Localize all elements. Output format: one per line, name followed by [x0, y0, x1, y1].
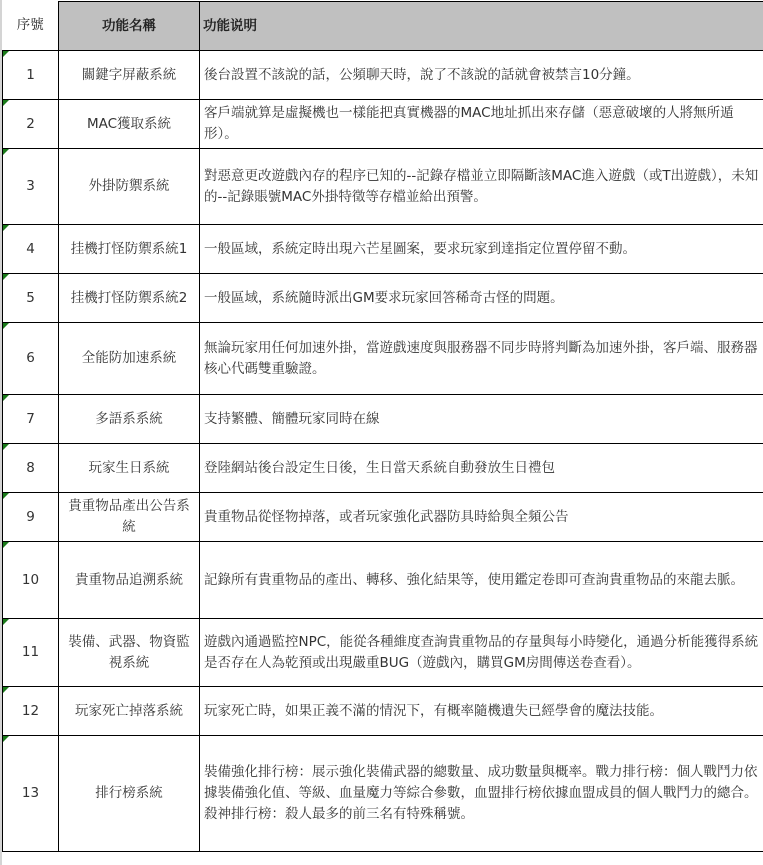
- index-value: 1: [26, 67, 35, 83]
- index-value: 12: [22, 703, 39, 719]
- table-row: 5挂機打怪防禦系統2一般區域，系統隨時派出GM要求玩家回答稀奇古怪的問題。: [3, 274, 763, 323]
- table-row: 7多語系系統支持繁體、簡體玩家同時在線: [3, 395, 763, 444]
- index-value: 9: [26, 509, 35, 525]
- cell-feature-description[interactable]: 遊戲內通過監控NPC，能從各種維度查詢貴重物品的存量與每小時變化，通過分析能獲得…: [200, 619, 763, 687]
- cell-feature-name[interactable]: 貴重物品產出公告系統: [59, 493, 200, 542]
- index-value: 7: [26, 411, 35, 427]
- index-value: 4: [26, 241, 35, 257]
- index-value: 5: [26, 290, 35, 306]
- cell-feature-name[interactable]: 裝備、武器、物資監視系統: [59, 619, 200, 687]
- header-description[interactable]: 功能说明: [200, 2, 763, 51]
- table-row: 2MAC獲取系統客戶端就算是虛擬機也一樣能把真實機器的MAC地址抓出來存儲（惡意…: [3, 100, 763, 149]
- cell-index[interactable]: 8: [3, 444, 59, 493]
- cell-index[interactable]: 4: [3, 225, 59, 274]
- table-row: 6全能防加速系統無論玩家用任何加速外掛，當遊戲速度與服務器不同步時將判斷為加速外…: [3, 323, 763, 395]
- comment-marker-icon: [3, 687, 9, 693]
- comment-marker-icon: [3, 493, 9, 499]
- table-row: 1關鍵字屏蔽系統後台設置不該說的話，公頻聊天時，說了不該說的話就會被禁言10分鐘…: [3, 51, 763, 100]
- index-value: 10: [22, 572, 39, 588]
- cell-index[interactable]: 2: [3, 100, 59, 149]
- cell-feature-description[interactable]: 無論玩家用任何加速外掛，當遊戲速度與服務器不同步時將判斷為加速外掛，客戶端、服務…: [200, 323, 763, 395]
- table-row: 10貴重物品追溯系統記錄所有貴重物品的產出、轉移、強化結果等，使用鑑定卷即可查詢…: [3, 542, 763, 619]
- cell-index[interactable]: 6: [3, 323, 59, 395]
- cell-feature-name[interactable]: 挂機打怪防禦系統1: [59, 225, 200, 274]
- index-value: 8: [26, 460, 35, 476]
- cell-feature-name[interactable]: 全能防加速系統: [59, 323, 200, 395]
- index-value: 3: [26, 178, 35, 194]
- comment-marker-icon: [3, 444, 9, 450]
- table-row: 13排行榜系統裝備強化排行榜：展示強化裝備武器的總數量、成功數量與概率。戰力排行…: [3, 736, 763, 852]
- index-value: 6: [26, 350, 35, 366]
- cell-feature-name[interactable]: 關鍵字屏蔽系統: [59, 51, 200, 100]
- cell-feature-name[interactable]: 外掛防禦系統: [59, 149, 200, 225]
- cell-index[interactable]: 13: [3, 736, 59, 852]
- comment-marker-icon: [3, 323, 9, 329]
- comment-marker-icon: [3, 395, 9, 401]
- index-value: 2: [26, 116, 35, 132]
- cell-feature-name[interactable]: 多語系系統: [59, 395, 200, 444]
- cell-feature-description[interactable]: 裝備強化排行榜：展示強化裝備武器的總數量、成功數量與概率。戰力排行榜：個人戰鬥力…: [200, 736, 763, 852]
- cell-index[interactable]: 12: [3, 687, 59, 736]
- cell-feature-description[interactable]: 一般區域，系統隨時派出GM要求玩家回答稀奇古怪的問題。: [200, 274, 763, 323]
- comment-marker-icon: [3, 619, 9, 625]
- cell-feature-description[interactable]: 記錄所有貴重物品的產出、轉移、強化結果等，使用鑑定卷即可查詢貴重物品的來龍去脈。: [200, 542, 763, 619]
- cell-index[interactable]: 11: [3, 619, 59, 687]
- cell-feature-description[interactable]: 後台設置不該說的話，公頻聊天時，說了不該說的話就會被禁言10分鐘。: [200, 51, 763, 100]
- cell-feature-name[interactable]: 貴重物品追溯系統: [59, 542, 200, 619]
- cell-index[interactable]: 10: [3, 542, 59, 619]
- feature-table: 序號 功能名稱 功能说明 1關鍵字屏蔽系統後台設置不該說的話，公頻聊天時，說了不…: [2, 1, 763, 852]
- cell-feature-description[interactable]: 對惡意更改遊戲內存的程序已知的--記錄存檔並立即隔斷該MAC進入遊戲（或T出遊戲…: [200, 149, 763, 225]
- cell-feature-description[interactable]: 登陸網站後台設定生日後，生日當天系統自動發放生日禮包: [200, 444, 763, 493]
- cell-feature-name[interactable]: MAC獲取系統: [59, 100, 200, 149]
- table-row: 12玩家死亡掉落系統玩家死亡時，如果正義不滿的情況下，有概率隨機遺失已經學會的魔…: [3, 687, 763, 736]
- cell-feature-name[interactable]: 玩家死亡掉落系統: [59, 687, 200, 736]
- index-value: 11: [22, 644, 39, 660]
- cell-feature-name[interactable]: 挂機打怪防禦系統2: [59, 274, 200, 323]
- header-index[interactable]: 序號: [3, 2, 59, 51]
- table-row: 11裝備、武器、物資監視系統遊戲內通過監控NPC，能從各種維度查詢貴重物品的存量…: [3, 619, 763, 687]
- comment-marker-icon: [3, 542, 9, 548]
- table-row: 8玩家生日系統登陸網站後台設定生日後，生日當天系統自動發放生日禮包: [3, 444, 763, 493]
- cell-feature-description[interactable]: 一般區域，系統定時出現六芒星圖案，要求玩家到達指定位置停留不動。: [200, 225, 763, 274]
- cell-feature-description[interactable]: 貴重物品從怪物掉落，或者玩家強化武器防具時給與全頻公告: [200, 493, 763, 542]
- comment-marker-icon: [3, 274, 9, 280]
- header-name[interactable]: 功能名稱: [59, 2, 200, 51]
- cell-index[interactable]: 7: [3, 395, 59, 444]
- cell-feature-description[interactable]: 支持繁體、簡體玩家同時在線: [200, 395, 763, 444]
- index-value: 13: [22, 785, 39, 801]
- comment-marker-icon: [3, 51, 9, 57]
- cell-index[interactable]: 5: [3, 274, 59, 323]
- header-row: 序號 功能名稱 功能说明: [3, 2, 763, 51]
- cell-feature-description[interactable]: 客戶端就算是虛擬機也一樣能把真實機器的MAC地址抓出來存儲（惡意破壞的人將無所遁…: [200, 100, 763, 149]
- comment-marker-icon: [3, 100, 9, 106]
- cell-feature-name[interactable]: 玩家生日系統: [59, 444, 200, 493]
- cell-index[interactable]: 9: [3, 493, 59, 542]
- cell-feature-name[interactable]: 排行榜系統: [59, 736, 200, 852]
- comment-marker-icon: [3, 225, 9, 231]
- cell-index[interactable]: 1: [3, 51, 59, 100]
- cell-index[interactable]: 3: [3, 149, 59, 225]
- comment-marker-icon: [3, 149, 9, 155]
- table-row: 3外掛防禦系統對惡意更改遊戲內存的程序已知的--記錄存檔並立即隔斷該MAC進入遊…: [3, 149, 763, 225]
- comment-marker-icon: [3, 736, 9, 742]
- cell-feature-description[interactable]: 玩家死亡時，如果正義不滿的情況下，有概率隨機遺失已經學會的魔法技能。: [200, 687, 763, 736]
- table-row: 4挂機打怪防禦系統1一般區域，系統定時出現六芒星圖案，要求玩家到達指定位置停留不…: [3, 225, 763, 274]
- table-row: 9貴重物品產出公告系統貴重物品從怪物掉落，或者玩家強化武器防具時給與全頻公告: [3, 493, 763, 542]
